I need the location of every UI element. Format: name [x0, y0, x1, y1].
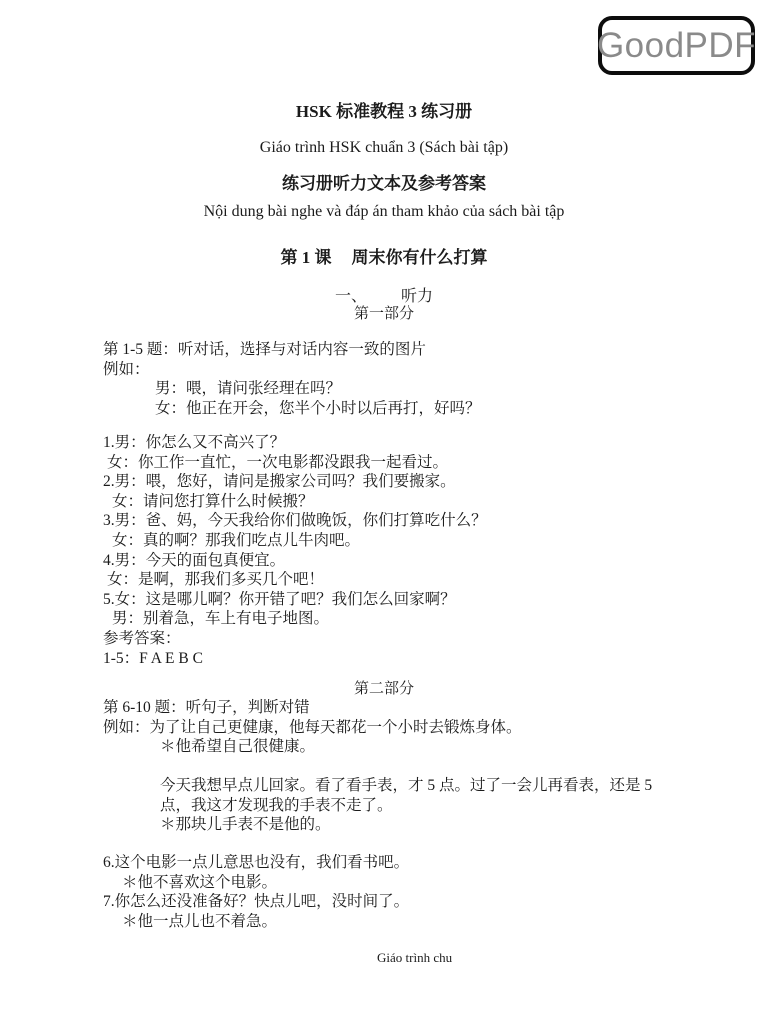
lesson-title: 周末你有什么打算: [352, 248, 488, 267]
part1-answer-label: 参考答案：: [103, 629, 487, 649]
dialog-line: 女：你工作一直忙，一次电影都没跟我一起看过。: [103, 453, 487, 473]
goodpdf-logo-text: GoodPDF: [597, 28, 756, 63]
lesson-heading: 第 1 课周末你有什么打算: [0, 243, 768, 268]
qa-question: 6.这个电影一点儿意思也没有，我们看书吧。: [103, 853, 409, 873]
dialog-line: 女：请问您打算什么时候搬？: [103, 492, 487, 512]
dialog-line: 女：是啊，那我们多买几个吧！: [103, 570, 487, 590]
answers-subtitle-vi: Nội dung bài nghe và đáp án tham khảo củ…: [0, 203, 768, 221]
dialog-line: 5.女：这是哪儿啊？你开错了吧？我们怎么回家啊？: [103, 590, 487, 610]
part2-heading: 第二部分: [0, 677, 768, 698]
part2-items-block: 6.这个电影一点儿意思也没有，我们看书吧。 ＊他不喜欢这个电影。 7.你怎么还没…: [103, 853, 409, 931]
qa-item: 6.这个电影一点儿意思也没有，我们看书吧。 ＊他不喜欢这个电影。: [103, 853, 409, 892]
part1-example-lines: 男：喂，请问张经理在吗？女：他正在开会，您半个小时以后再打，好吗？: [103, 379, 481, 418]
doc-title-zh: HSK 标准教程 3 练习册: [0, 97, 768, 122]
part2-passage-answer: ＊那块儿手表不是他的。: [103, 815, 652, 835]
part2-intro: 第 6-10 题：听句子，判断对错: [103, 698, 522, 718]
dialog-line: 1.男：你怎么又不高兴了？: [103, 433, 487, 453]
dialog-line: 2.男：喂，您好，请问是搬家公司吗？我们要搬家。: [103, 472, 487, 492]
part1-intro: 第 1-5 题：听对话，选择与对话内容一致的图片: [103, 340, 481, 360]
qa-answer: ＊他一点儿也不着急。: [103, 912, 409, 932]
lesson-number: 第 1 课: [281, 248, 332, 267]
answers-title-zh: 练习册听力文本及参考答案: [0, 169, 768, 194]
page-footer: Giáo trình chu: [377, 950, 452, 966]
example-dialog-line: 男：喂，请问张经理在吗？: [103, 379, 481, 399]
part1-answer-line: 1-5：F A E B C: [103, 649, 487, 669]
part1-example-label: 例如：: [103, 360, 481, 380]
dialog-line: 4.男：今天的面包真便宜。: [103, 551, 487, 571]
part1-heading: 第一部分: [0, 302, 768, 323]
passage-line: 今天我想早点儿回家。看了看手表，才 5 点。过了一会儿再看表，还是 5: [103, 776, 652, 796]
part2-passage-lines: 今天我想早点儿回家。看了看手表，才 5 点。过了一会儿再看表，还是 5点，我这才…: [103, 776, 652, 815]
part1-dialog-lines: 1.男：你怎么又不高兴了？女：你工作一直忙，一次电影都没跟我一起看过。2.男：喂…: [103, 433, 487, 629]
part2-example-block: 第 6-10 题：听句子，判断对错 例如：为了让自己更健康，他每天都花一个小时去…: [103, 698, 522, 757]
dialog-line: 3.男：爸、妈，今天我给你们做晚饭，你们打算吃什么？: [103, 511, 487, 531]
part1-example-block: 第 1-5 题：听对话，选择与对话内容一致的图片 例如： 男：喂，请问张经理在吗…: [103, 340, 481, 418]
qa-question: 7.你怎么还没准备好？快点儿吧，没时间了。: [103, 892, 409, 912]
part2-example-line: 例如：为了让自己更健康，他每天都花一个小时去锻炼身体。: [103, 718, 522, 738]
doc-subtitle-vi: Giáo trình HSK chuẩn 3 (Sách bài tập): [0, 139, 768, 157]
example-dialog-line: 女：他正在开会，您半个小时以后再打，好吗？: [103, 399, 481, 419]
dialog-line: 女：真的啊？那我们吃点儿牛肉吧。: [103, 531, 487, 551]
goodpdf-logo: GoodPDF: [598, 16, 755, 75]
part2-example-answer: ＊他希望自己很健康。: [103, 737, 522, 757]
part1-dialogs-block: 1.男：你怎么又不高兴了？女：你工作一直忙，一次电影都没跟我一起看过。2.男：喂…: [103, 433, 487, 668]
passage-line: 点，我这才发现我的手表不走了。: [103, 796, 652, 816]
qa-answer: ＊他不喜欢这个电影。: [103, 873, 409, 893]
part2-qa-list: 6.这个电影一点儿意思也没有，我们看书吧。 ＊他不喜欢这个电影。 7.你怎么还没…: [103, 853, 409, 931]
dialog-line: 男：别着急，车上有电子地图。: [103, 609, 487, 629]
part2-passage-block: 今天我想早点儿回家。看了看手表，才 5 点。过了一会儿再看表，还是 5点，我这才…: [103, 776, 652, 835]
qa-item: 7.你怎么还没准备好？快点儿吧，没时间了。 ＊他一点儿也不着急。: [103, 892, 409, 931]
